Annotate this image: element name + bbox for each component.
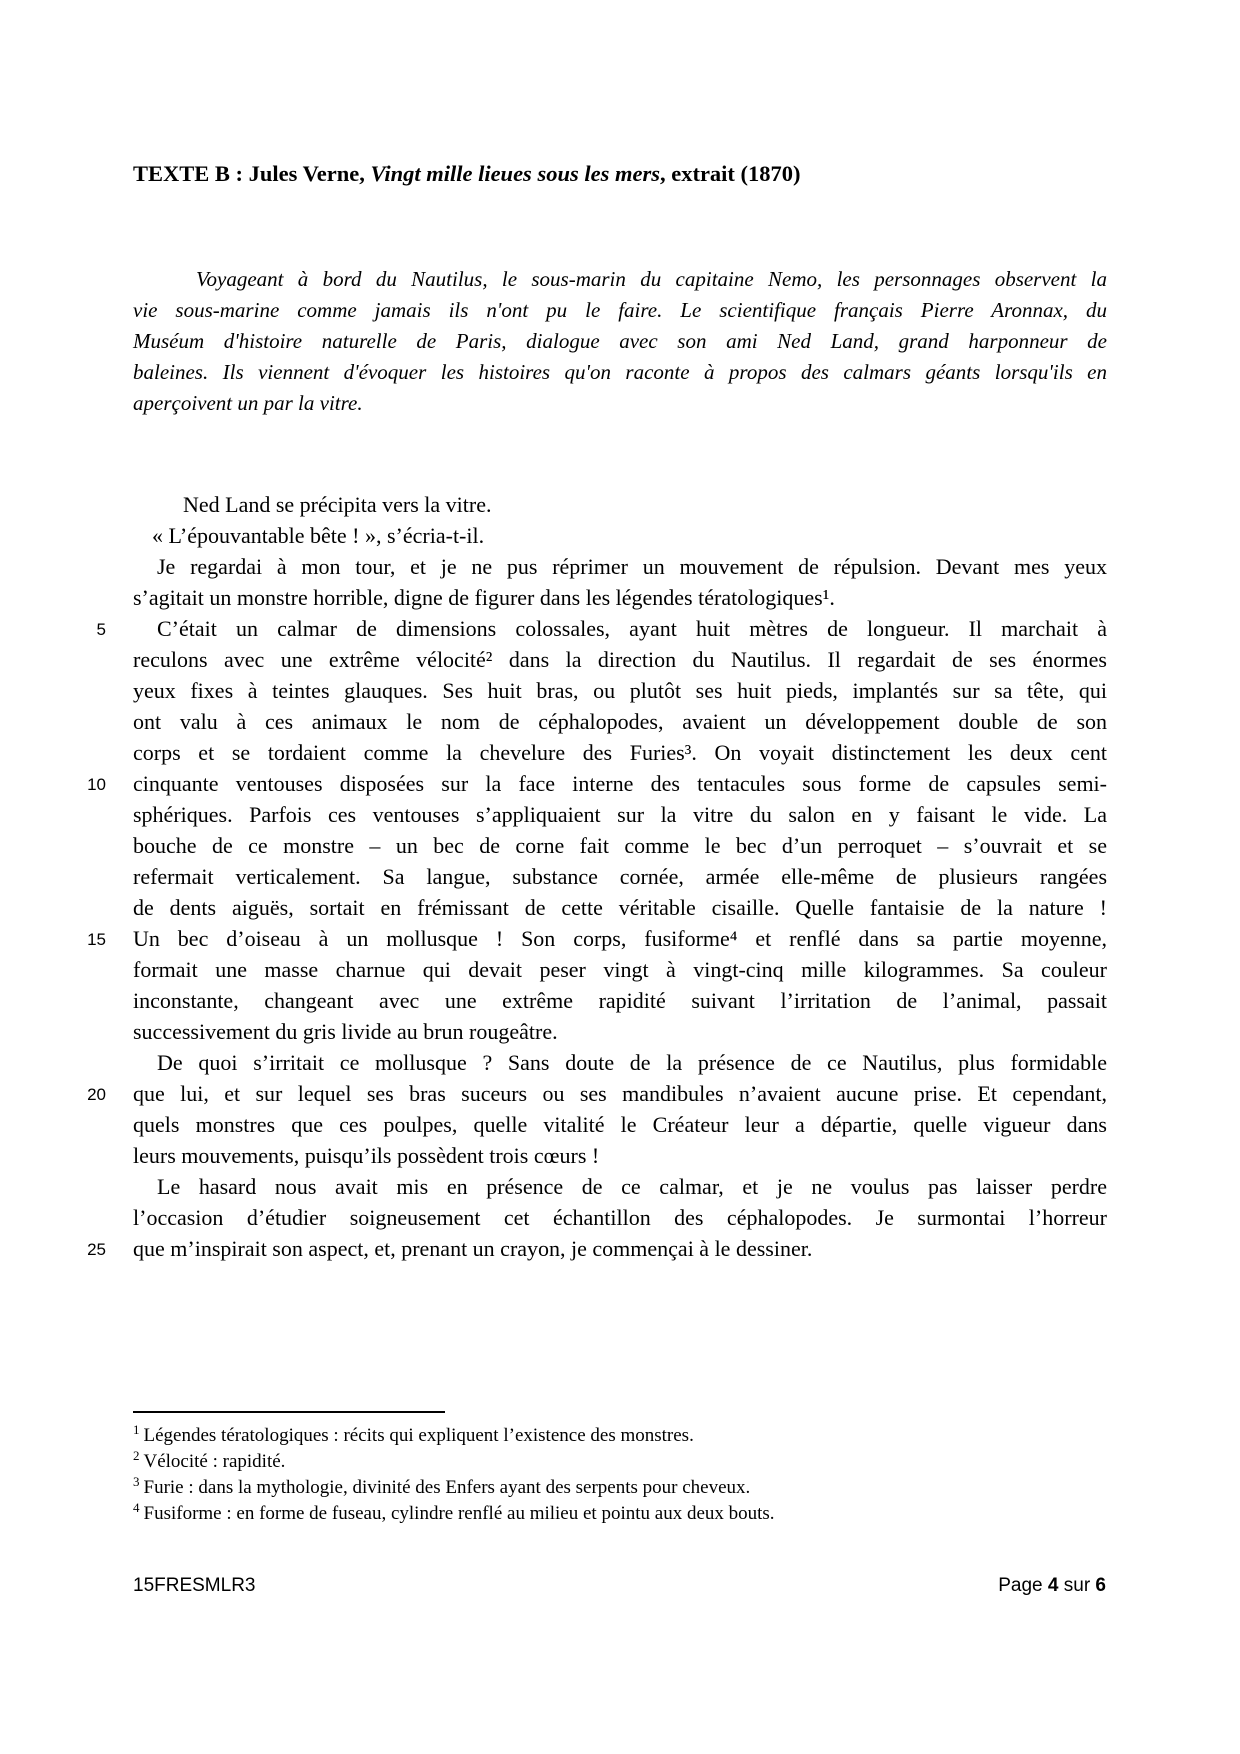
body-line-row: Je regardai à mon tour, et je ne pus rép… — [133, 551, 1107, 582]
body-line-row: l’occasion d’étudier soigneusement cet é… — [133, 1202, 1107, 1233]
footnote: 3Furie : dans la mythologie, divinité de… — [133, 1475, 1107, 1501]
body-line-text: leurs mouvements, puisqu’ils possèdent t… — [133, 1140, 1107, 1171]
footnote-separator — [133, 1411, 445, 1413]
footer-page-total: 6 — [1095, 1575, 1106, 1596]
intro-line: Muséum d'histoire naturelle de Paris, di… — [133, 326, 1107, 357]
footer-sur-word: sur — [1058, 1575, 1095, 1596]
body-line-row: formait une masse charnue qui devait pes… — [133, 954, 1107, 985]
intro-line: Voyageant à bord du Nautilus, le sous-ma… — [133, 264, 1107, 295]
line-number: 15 — [58, 923, 106, 954]
body-line-row: 20que lui, et sur lequel ses bras suceur… — [133, 1078, 1107, 1109]
footnote-marker: 2 — [133, 1448, 140, 1463]
footnotes-section: 1Légendes tératologiques : récits qui ex… — [133, 1411, 1107, 1527]
body-line-text: inconstante, changeant avec une extrême … — [133, 985, 1107, 1016]
footer-page-number: 4 — [1048, 1575, 1059, 1596]
body-line-row: ont valu à ces animaux le nom de céphalo… — [133, 706, 1107, 737]
body-line-row: Le hasard nous avait mis en présence de … — [133, 1171, 1107, 1202]
body-line-text: de dents aiguës, sortait en frémissant d… — [133, 892, 1107, 923]
intro-line: baleines. Ils viennent d'évoquer les his… — [133, 357, 1107, 388]
body-line-row: s’agitait un monstre horrible, digne de … — [133, 582, 1107, 613]
document-page: TEXTE B : Jules Verne, Vingt mille lieue… — [0, 0, 1240, 1754]
body-line-text: Un bec d’oiseau à un mollusque ! Son cor… — [133, 923, 1107, 954]
footer-page-word: Page — [998, 1575, 1048, 1596]
body-line-row: 25que m’inspirait son aspect, et, prenan… — [133, 1233, 1107, 1264]
body-line-text: Ned Land se précipita vers la vitre. — [133, 489, 1107, 520]
footnote: 1Légendes tératologiques : récits qui ex… — [133, 1423, 1107, 1449]
footnote: 4Fusiforme : en forme de fuseau, cylindr… — [133, 1501, 1107, 1527]
body-line-row: sphériques. Parfois ces ventouses s’appl… — [133, 799, 1107, 830]
body-line-text: C’était un calmar de dimensions colossal… — [133, 613, 1107, 644]
intro-line: aperçoivent un par la vitre. — [133, 388, 1107, 419]
footnote-text: Fusiforme : en forme de fuseau, cylindre… — [144, 1503, 775, 1524]
intro-line: vie sous-marine comme jamais ils n'ont p… — [133, 295, 1107, 326]
body-line-text: corps et se tordaient comme la chevelure… — [133, 737, 1107, 768]
page-title: TEXTE B : Jules Verne, Vingt mille lieue… — [133, 160, 1107, 188]
body-line-row: refermait verticalement. Sa langue, subs… — [133, 861, 1107, 892]
body-line-row: quels monstres que ces poulpes, quelle v… — [133, 1109, 1107, 1140]
footnote: 2Vélocité : rapidité. — [133, 1449, 1107, 1475]
body-line-text: ont valu à ces animaux le nom de céphalo… — [133, 706, 1107, 737]
body-line-text: cinquante ventouses disposées sur la fac… — [133, 768, 1107, 799]
body-line-row: successivement du gris livide au brun ro… — [133, 1016, 1107, 1047]
body-line-row: inconstante, changeant avec une extrême … — [133, 985, 1107, 1016]
line-number: 25 — [58, 1233, 106, 1264]
body-line-text: Je regardai à mon tour, et je ne pus rép… — [133, 551, 1107, 582]
body-line-text: reculons avec une extrême vélocité² dans… — [133, 644, 1107, 675]
body-line-row: Ned Land se précipita vers la vitre. — [133, 489, 1107, 520]
body-line-text: l’occasion d’étudier soigneusement cet é… — [133, 1202, 1107, 1233]
footer-document-code: 15FRESMLR3 — [133, 1574, 256, 1598]
body-line-row: reculons avec une extrême vélocité² dans… — [133, 644, 1107, 675]
body-line-row: De quoi s’irritait ce mollusque ? Sans d… — [133, 1047, 1107, 1078]
footnote-marker: 1 — [133, 1422, 140, 1437]
footnote-marker: 3 — [133, 1474, 140, 1489]
title-suffix: , extrait (1870) — [660, 161, 801, 186]
body-line-text: De quoi s’irritait ce mollusque ? Sans d… — [133, 1047, 1107, 1078]
body-line-text: que m’inspirait son aspect, et, prenant … — [133, 1233, 1107, 1264]
body-line-text: successivement du gris livide au brun ro… — [133, 1016, 1107, 1047]
body-line-row: corps et se tordaient comme la chevelure… — [133, 737, 1107, 768]
body-line-text: « L’épouvantable bête ! », s’écria-t-il. — [133, 520, 1107, 551]
body-line-text: que lui, et sur lequel ses bras suceurs … — [133, 1078, 1107, 1109]
footnote-text: Vélocité : rapidité. — [144, 1451, 286, 1472]
footer-page-indicator: Page 4 sur 6 — [998, 1574, 1106, 1598]
body-line-row: bouche de ce monstre – un bec de corne f… — [133, 830, 1107, 861]
body-line-text: Le hasard nous avait mis en présence de … — [133, 1171, 1107, 1202]
body-line-text: formait une masse charnue qui devait pes… — [133, 954, 1107, 985]
body-line-row: 15Un bec d’oiseau à un mollusque ! Son c… — [133, 923, 1107, 954]
line-number: 20 — [58, 1078, 106, 1109]
body-line-text: bouche de ce monstre – un bec de corne f… — [133, 830, 1107, 861]
body-line-text: yeux fixes à teintes glauques. Ses huit … — [133, 675, 1107, 706]
footnote-marker: 4 — [133, 1500, 140, 1515]
body-line-row: yeux fixes à teintes glauques. Ses huit … — [133, 675, 1107, 706]
body-line-row: de dents aiguës, sortait en frémissant d… — [133, 892, 1107, 923]
body-line-text: sphériques. Parfois ces ventouses s’appl… — [133, 799, 1107, 830]
body-line-row: 10cinquante ventouses disposées sur la f… — [133, 768, 1107, 799]
footnote-text: Furie : dans la mythologie, divinité des… — [144, 1477, 751, 1498]
body-line-text: refermait verticalement. Sa langue, subs… — [133, 861, 1107, 892]
main-text-block: Ned Land se précipita vers la vitre.« L’… — [133, 489, 1107, 1264]
line-number: 10 — [58, 768, 106, 799]
body-line-text: s’agitait un monstre horrible, digne de … — [133, 582, 1107, 613]
body-line-row: 5C’était un calmar de dimensions colossa… — [133, 613, 1107, 644]
title-work: Vingt mille lieues sous les mers — [371, 161, 660, 186]
footnote-list: 1Légendes tératologiques : récits qui ex… — [133, 1423, 1107, 1527]
intro-paragraph: Voyageant à bord du Nautilus, le sous-ma… — [133, 264, 1107, 419]
line-number: 5 — [58, 613, 106, 644]
title-prefix: TEXTE B : Jules Verne, — [133, 161, 371, 186]
footnote-text: Légendes tératologiques : récits qui exp… — [144, 1425, 694, 1446]
body-line-row: « L’épouvantable bête ! », s’écria-t-il. — [133, 520, 1107, 551]
body-line-text: quels monstres que ces poulpes, quelle v… — [133, 1109, 1107, 1140]
body-line-row: leurs mouvements, puisqu’ils possèdent t… — [133, 1140, 1107, 1171]
